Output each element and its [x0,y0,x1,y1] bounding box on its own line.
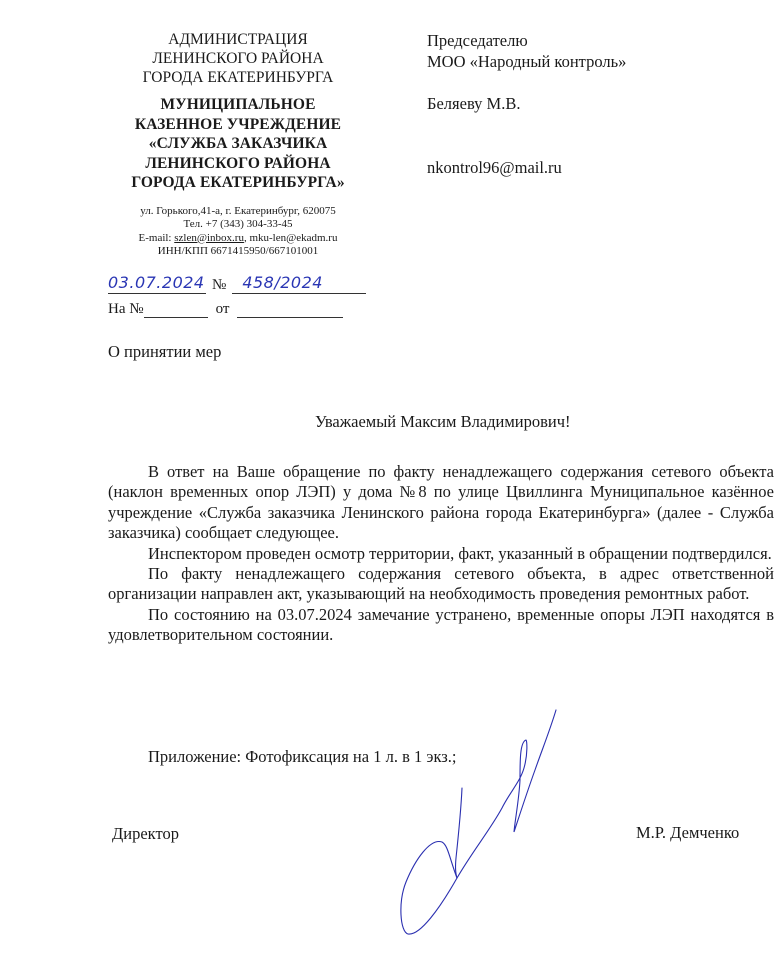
letterhead: АДМИНИСТРАЦИЯ ЛЕНИНСКОГО РАЙОНА ГОРОДА Е… [108,30,368,259]
letterhead-contacts: ул. Горького,41-а, г. Екатеринбург, 6200… [108,205,368,259]
body-paragraph: Инспектором проведен осмотр территории, … [108,544,774,564]
inn-kpp: ИНН/КПП 6671415950/667101001 [108,245,368,259]
email-link-szlen[interactable]: szlen@inbox.ru [174,232,244,244]
email-label: E-mail: [139,232,175,244]
letterhead-administration: АДМИНИСТРАЦИЯ ЛЕНИНСКОГО РАЙОНА ГОРОДА Е… [108,30,368,87]
org-line: МУНИЦИПАЛЬНОЕ [108,95,368,115]
phone: Тел. +7 (343) 304-33-45 [108,218,368,232]
letterhead-organization: МУНИЦИПАЛЬНОЕ КАЗЕННОЕ УЧРЕЖДЕНИЕ «СЛУЖБ… [108,95,368,193]
subject: О принятии мер [108,342,221,362]
address: ул. Горького,41-а, г. Екатеринбург, 6200… [108,205,368,219]
body-paragraph: По факту ненадлежащего содержания сетево… [108,564,774,605]
recipient-name: Беляеву М.В. [427,94,626,115]
recipient-title: Председателю [427,31,626,52]
body-paragraph: В ответ на Ваше обращение по факту ненад… [108,462,774,544]
signer-position: Директор [112,824,179,844]
recipient-email: nkontrol96@mail.ru [427,158,626,179]
reply-registration: На № от [108,296,366,318]
reply-number-label: На № [108,301,144,318]
recipient-organization: МОО «Народный контроль» [427,52,626,73]
handwritten-number: 458/2024 [242,273,323,292]
handwritten-signature [370,670,590,970]
org-line: ЛЕНИНСКОГО РАЙОНА [108,154,368,174]
reply-from-label: от [216,301,230,318]
recipient-block: Председателю МОО «Народный контроль» Бел… [427,31,626,178]
reply-date-field [237,297,343,318]
admin-line: АДМИНИСТРАЦИЯ [108,30,368,49]
number-label: № [212,277,226,294]
body-paragraph: По состоянию на 03.07.2024 замечание уст… [108,605,774,646]
number-field: 458/2024 [232,273,366,294]
registration-block: 03.07.2024 № 458/2024 На № от [108,272,366,318]
outgoing-registration: 03.07.2024 № 458/2024 [108,272,366,294]
email-mku-len: mku-len@ekadm.ru [249,232,337,244]
admin-line: ЛЕНИНСКОГО РАЙОНА [108,49,368,68]
salutation: Уважаемый Максим Владимирович! [315,412,571,432]
admin-line: ГОРОДА ЕКАТЕРИНБУРГА [108,68,368,87]
org-line: КАЗЕННОЕ УЧРЕЖДЕНИЕ [108,115,368,135]
org-line: «СЛУЖБА ЗАКАЗЧИКА [108,134,368,154]
org-line: ГОРОДА ЕКАТЕРИНБУРГА» [108,173,368,193]
letter-body: В ответ на Ваше обращение по факту ненад… [108,462,774,646]
signer-name: М.Р. Демченко [636,823,739,843]
email-line: E-mail: szlen@inbox.ru, mku-len@ekadm.ru [108,232,368,246]
date-field: 03.07.2024 [108,273,206,294]
handwritten-date: 03.07.2024 [108,273,205,292]
reply-number-field [144,297,208,318]
